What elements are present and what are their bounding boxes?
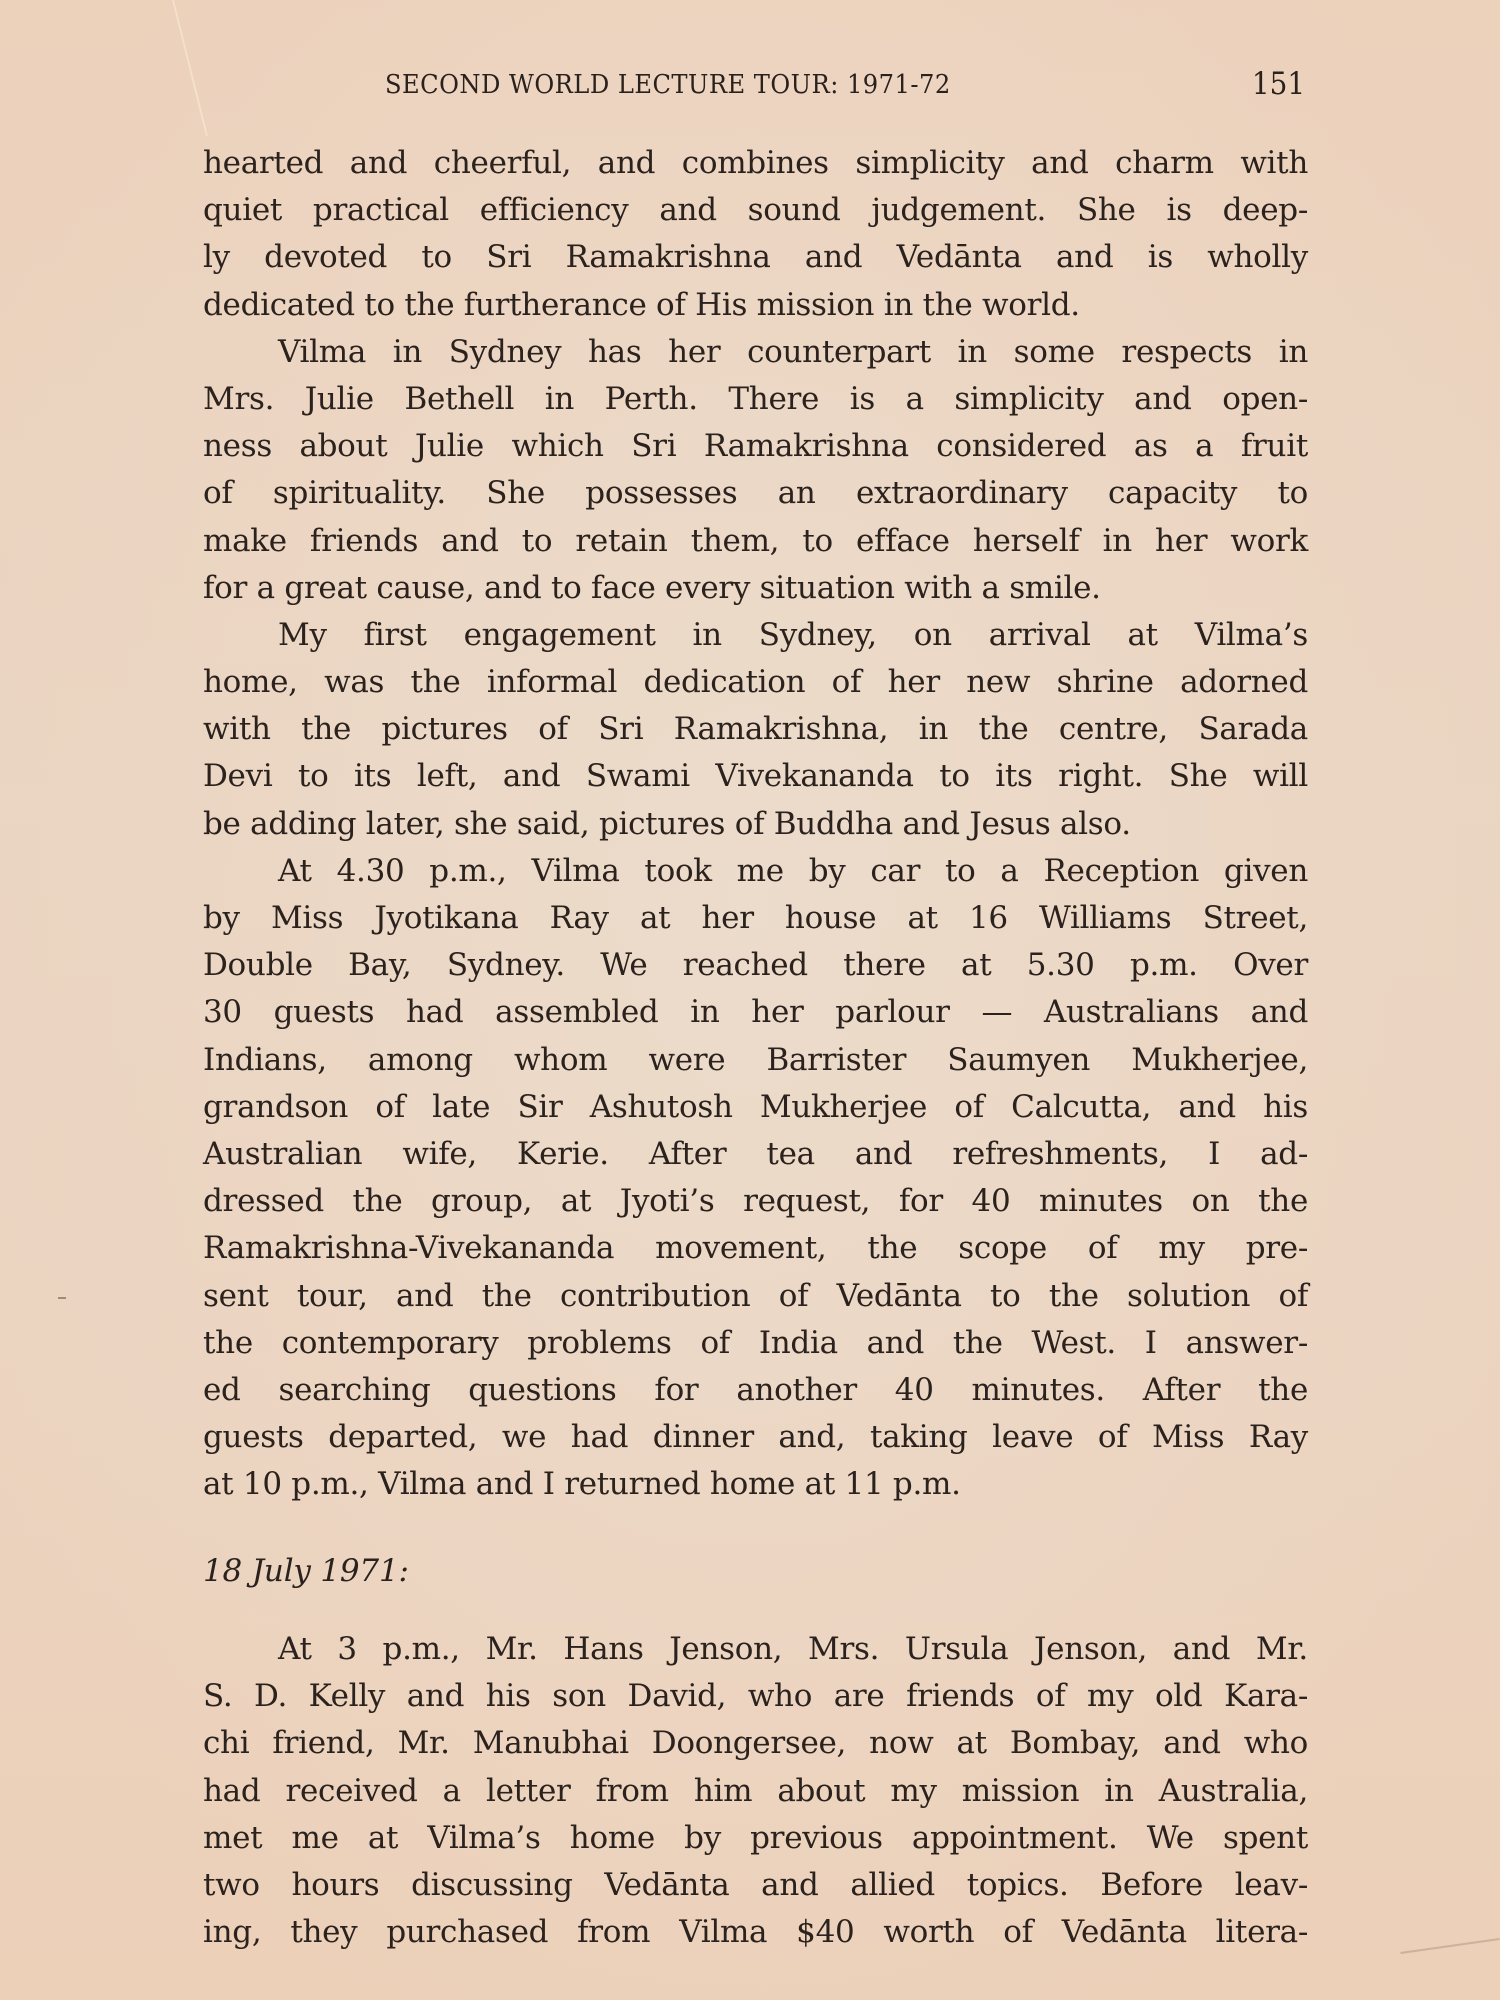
text-line: ed searching questions for another 40 mi… — [203, 1367, 1308, 1414]
text-line: ness about Julie which Sri Ramakrishna c… — [203, 423, 1308, 470]
text-line: grandson of late Sir Ashutosh Mukherjee … — [203, 1084, 1308, 1131]
body-text-section-2: At 3 p.m., Mr. Hans Jenson, Mrs. Ursula … — [203, 1626, 1308, 1956]
text-line: ly devoted to Sri Ramakrishna and Vedānt… — [203, 234, 1308, 281]
text-line: had received a letter from him about my … — [203, 1768, 1308, 1815]
paper-crease — [172, 0, 208, 136]
text-line: quiet practical efficiency and sound jud… — [203, 187, 1308, 234]
text-line: Ramakrishna-Vivekananda movement, the sc… — [203, 1225, 1308, 1272]
paragraph: At 3 p.m., Mr. Hans Jenson, Mrs. Ursula … — [203, 1626, 1308, 1956]
paragraph: Vilma in Sydney has her counterpart in s… — [203, 329, 1308, 612]
text-line: dedicated to the furtherance of His miss… — [203, 282, 1308, 329]
text-line: be adding later, she said, pictures of B… — [203, 801, 1308, 848]
text-line: Devi to its left, and Swami Vivekananda … — [203, 753, 1308, 800]
text-line: Mrs. Julie Bethell in Perth. There is a … — [203, 376, 1308, 423]
text-line: At 3 p.m., Mr. Hans Jenson, Mrs. Ursula … — [203, 1626, 1308, 1673]
page-number: 151 — [1252, 66, 1305, 102]
text-line: My first engagement in Sydney, on arriva… — [203, 612, 1308, 659]
text-line: two hours discussing Vedānta and allied … — [203, 1862, 1308, 1909]
paragraph: At 4.30 p.m., Vilma took me by car to a … — [203, 848, 1308, 1509]
text-line: met me at Vilma’s home by previous appoi… — [203, 1815, 1308, 1862]
text-line: at 10 p.m., Vilma and I returned home at… — [203, 1461, 1308, 1508]
date-heading: 18 July 1971: — [203, 1553, 409, 1589]
text-line: At 4.30 p.m., Vilma took me by car to a … — [203, 848, 1308, 895]
text-line: sent tour, and the contribution of Vedān… — [203, 1273, 1308, 1320]
text-line: Australian wife, Kerie. After tea and re… — [203, 1131, 1308, 1178]
text-line: for a great cause, and to face every sit… — [203, 565, 1308, 612]
paragraph: hearted and cheerful, and combines simpl… — [203, 140, 1308, 329]
text-line: ing, they purchased from Vilma $40 worth… — [203, 1909, 1308, 1956]
text-line: hearted and cheerful, and combines simpl… — [203, 140, 1308, 187]
text-line: Indians, among whom were Barrister Saumy… — [203, 1037, 1308, 1084]
text-line: make friends and to retain them, to effa… — [203, 518, 1308, 565]
text-line: Vilma in Sydney has her counterpart in s… — [203, 329, 1308, 376]
margin-mark — [58, 1297, 66, 1299]
text-line: chi friend, Mr. Manubhai Doongersee, now… — [203, 1720, 1308, 1767]
running-title: SECOND WORLD LECTURE TOUR: 1971-72 — [385, 70, 951, 100]
body-text-section-1: hearted and cheerful, and combines simpl… — [203, 140, 1308, 1508]
text-line: S. D. Kelly and his son David, who are f… — [203, 1673, 1308, 1720]
text-line: dressed the group, at Jyoti’s request, f… — [203, 1178, 1308, 1225]
text-line: the contemporary problems of India and t… — [203, 1320, 1308, 1367]
text-line: guests departed, we had dinner and, taki… — [203, 1414, 1308, 1461]
text-line: with the pictures of Sri Ramakrishna, in… — [203, 706, 1308, 753]
text-line: 30 guests had assembled in her parlour —… — [203, 989, 1308, 1036]
text-line: Double Bay, Sydney. We reached there at … — [203, 942, 1308, 989]
paper-crease — [1400, 1938, 1499, 1954]
text-line: home, was the informal dedication of her… — [203, 659, 1308, 706]
running-head: SECOND WORLD LECTURE TOUR: 1971-72 151 — [385, 66, 1305, 106]
text-line: by Miss Jyotikana Ray at her house at 16… — [203, 895, 1308, 942]
paragraph: My first engagement in Sydney, on arriva… — [203, 612, 1308, 848]
text-line: of spirituality. She possesses an extrao… — [203, 470, 1308, 517]
